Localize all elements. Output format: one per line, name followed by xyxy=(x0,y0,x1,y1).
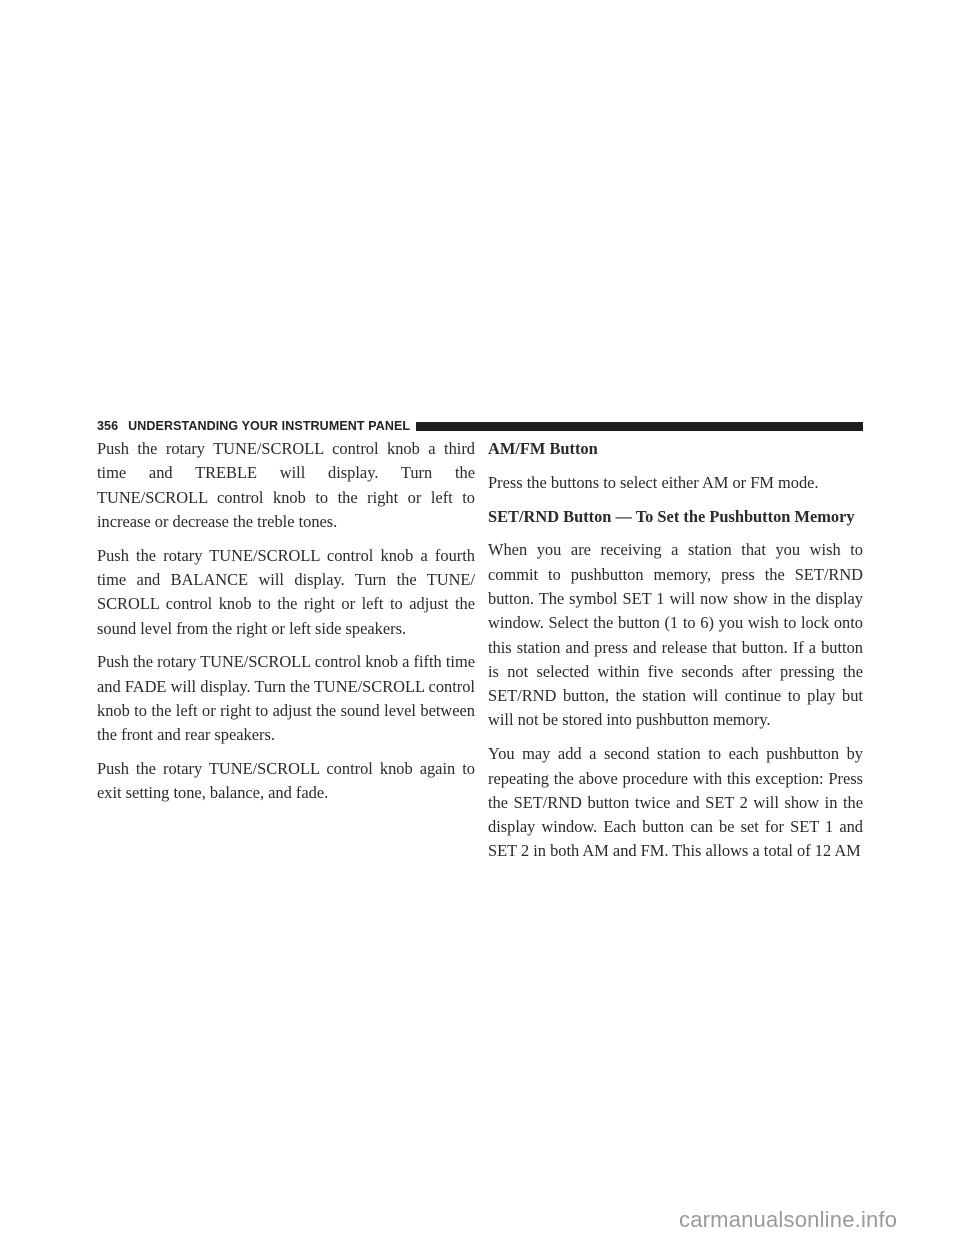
paragraph-balance: Push the rotary TUNE/SCROLL control knob… xyxy=(97,544,475,641)
left-column: Push the rotary TUNE/SCROLL control knob… xyxy=(97,437,475,815)
heading-amfm-button: AM/FM Button xyxy=(488,437,863,461)
page-header: 356 UNDERSTANDING YOUR INSTRUMENT PANEL xyxy=(97,418,863,434)
paragraph-treble: Push the rotary TUNE/SCROLL control knob… xyxy=(97,437,475,534)
header-rule-bar xyxy=(416,422,863,431)
paragraph-second-station: You may add a second station to each pus… xyxy=(488,742,863,863)
heading-setrnd-button: SET/RND Button — To Set the Pushbutton M… xyxy=(488,505,863,529)
paragraph-setrnd-memory: When you are receiving a station that yo… xyxy=(488,538,863,732)
paragraph-fade: Push the rotary TUNE/SCROLL control knob… xyxy=(97,650,475,747)
paragraph-exit: Push the rotary TUNE/SCROLL control knob… xyxy=(97,757,475,806)
page-number: 356 xyxy=(97,419,118,433)
section-title: UNDERSTANDING YOUR INSTRUMENT PANEL xyxy=(128,419,410,433)
watermark-link[interactable]: carmanualsonline.info xyxy=(679,1207,897,1233)
right-column: AM/FM Button Press the buttons to select… xyxy=(488,437,863,873)
paragraph-amfm: Press the buttons to select either AM or… xyxy=(488,471,863,495)
